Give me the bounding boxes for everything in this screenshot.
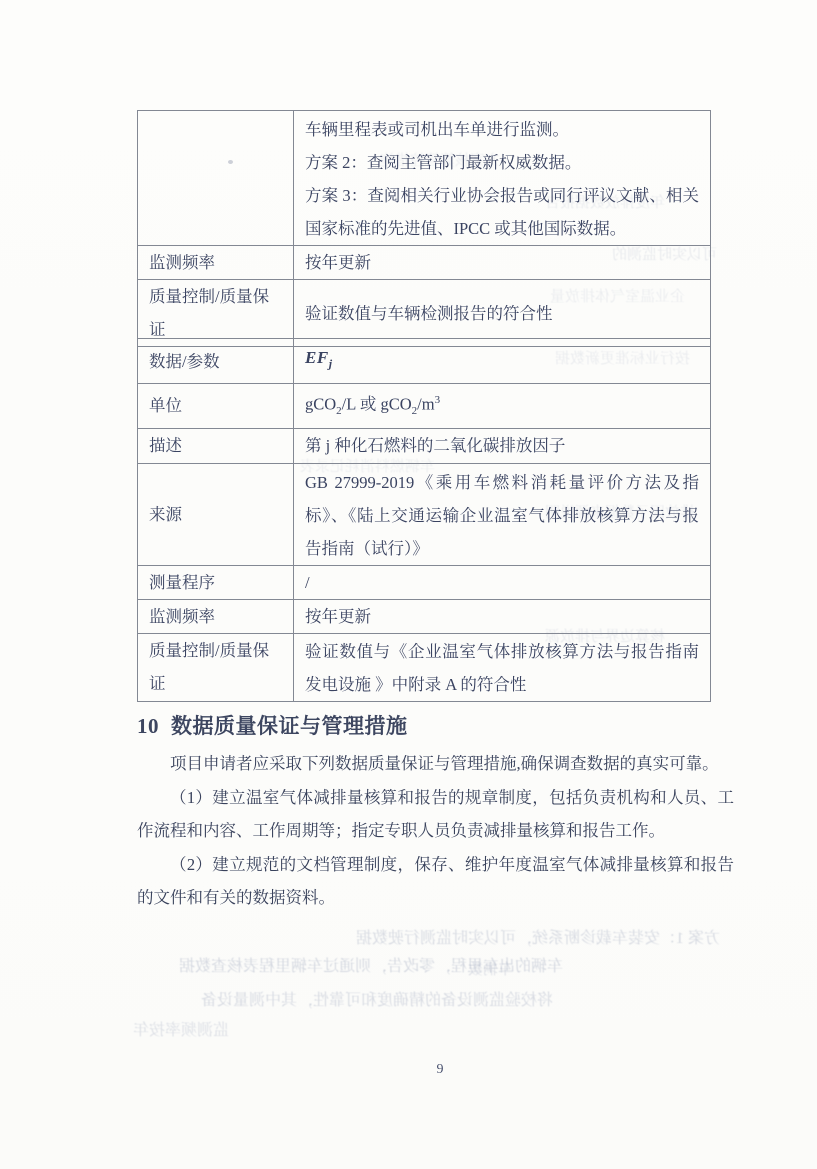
table-row: 单位 gCO2/L 或 gCO2/m3	[138, 384, 711, 429]
qaqc-text: 验证数值与《企业温室气体排放核算方法与报告指南 发电设施 》中附录 A 的符合性	[305, 635, 699, 701]
param-symbol-cell: EFj	[294, 339, 711, 384]
paragraph: （2）建立规范的文档管理制度，保存、维护年度温室气体减排量核算和报告的文件和有关…	[137, 848, 734, 915]
section-title: 数据质量保证与管理措施	[171, 714, 408, 738]
row-value: 第 j 种化石燃料的二氧化碳排放因子	[294, 428, 711, 463]
param-symbol: EF	[305, 348, 329, 367]
row-value: 按年更新	[294, 599, 711, 633]
bleedthrough-line: 车辆数	[468, 955, 513, 985]
row-label: 数据/参数	[138, 339, 294, 384]
row-label: 描述	[138, 428, 294, 463]
row-label: 监测频率	[138, 599, 294, 633]
unit-superscript: 3	[435, 394, 441, 406]
ef-parameter-table: 数据/参数 EFj 单位 gCO2/L 或 gCO2/m3 描述 第 j 种化石…	[137, 338, 711, 702]
row-label: 质量控制/质量保证	[138, 633, 294, 701]
page-number: 9	[430, 1062, 450, 1078]
paragraph: （1）建立温室气体减排量核算和报告的规章制度，包括负责机构和人员、工作流程和内容…	[137, 781, 734, 848]
table-row: 来源 GB 27999-2019《乘用车燃料消耗量评价方法及指标》、《陆上交通运…	[138, 463, 711, 565]
qaqc-cell: 验证数值与《企业温室气体排放核算方法与报告指南 发电设施 》中附录 A 的符合性	[294, 633, 711, 701]
table-row: 描述 第 j 种化石燃料的二氧化碳排放因子	[138, 428, 711, 463]
body-text: 项目申请者应采取下列数据质量保证与管理措施,确保调查数据的真实可靠。 （1）建立…	[137, 747, 734, 915]
paragraph: 项目申请者应采取下列数据质量保证与管理措施,确保调查数据的真实可靠。	[137, 747, 734, 781]
table-row: 监测频率 按年更新	[138, 246, 711, 280]
monitoring-method-line: 方案 3：查阅相关行业协会报告或同行评议文献、相关国家标准的先进值、IPCC 或…	[305, 179, 699, 245]
param-subscript: j	[329, 357, 332, 371]
unit-part: gCO	[305, 395, 336, 414]
table-row: 数据/参数 EFj	[138, 339, 711, 384]
row-label: 测量程序	[138, 565, 294, 599]
unit-part: /L 或 gCO	[342, 395, 412, 414]
bleedthrough-line: 方案 1：安装车载诊断系统，可以实时监测行驶数据	[140, 924, 720, 954]
monitoring-method-cell: 车辆里程表或司机出车单进行监测。 方案 2：查阅主管部门最新权威数据。 方案 3…	[294, 111, 711, 246]
bleedthrough-line: 将校验监测设备的精确度和可靠性，其中测量设备	[133, 986, 553, 1016]
row-value: /	[294, 565, 711, 599]
monitoring-table-continuation: 车辆里程表或司机出车单进行监测。 方案 2：查阅主管部门最新权威数据。 方案 3…	[137, 110, 711, 347]
row-label: 监测频率	[138, 246, 294, 280]
row-label: 质量控制/质量保证	[138, 280, 294, 347]
row-label: 单位	[138, 384, 294, 429]
row-value: 按年更新	[294, 246, 711, 280]
monitoring-method-line: 方案 2：查阅主管部门最新权威数据。	[305, 146, 699, 179]
unit-part: /m	[417, 395, 434, 414]
table-row: 车辆里程表或司机出车单进行监测。 方案 2：查阅主管部门最新权威数据。 方案 3…	[138, 111, 711, 246]
bleedthrough-line: 监测频率按年	[133, 1016, 229, 1046]
section-heading: 10数据质量保证与管理措施	[137, 710, 408, 740]
empty-label-cell	[138, 111, 294, 246]
table-row: 监测频率 按年更新	[138, 599, 711, 633]
bleedthrough-line: 车辆的出车里程，零改告，则通过车辆里程表核查数据	[133, 952, 563, 982]
source-text: GB 27999-2019《乘用车燃料消耗量评价方法及指标》、《陆上交通运输企业…	[305, 466, 699, 565]
unit-cell: gCO2/L 或 gCO2/m3	[294, 384, 711, 429]
row-value: 验证数值与车辆检测报告的符合性	[294, 280, 711, 347]
section-number: 10	[137, 714, 159, 738]
table-row: 质量控制/质量保证 验证数值与车辆检测报告的符合性	[138, 280, 711, 347]
monitoring-method-line: 车辆里程表或司机出车单进行监测。	[305, 113, 699, 146]
row-label: 来源	[138, 463, 294, 565]
source-cell: GB 27999-2019《乘用车燃料消耗量评价方法及指标》、《陆上交通运输企业…	[294, 463, 711, 565]
table-row: 质量控制/质量保证 验证数值与《企业温室气体排放核算方法与报告指南 发电设施 》…	[138, 633, 711, 701]
document-page: 方案核算管控措施 年度排放数据报告 可以实时监测的 企业温室气体排放量 按行业标…	[0, 0, 817, 1169]
table-row: 测量程序 /	[138, 565, 711, 599]
